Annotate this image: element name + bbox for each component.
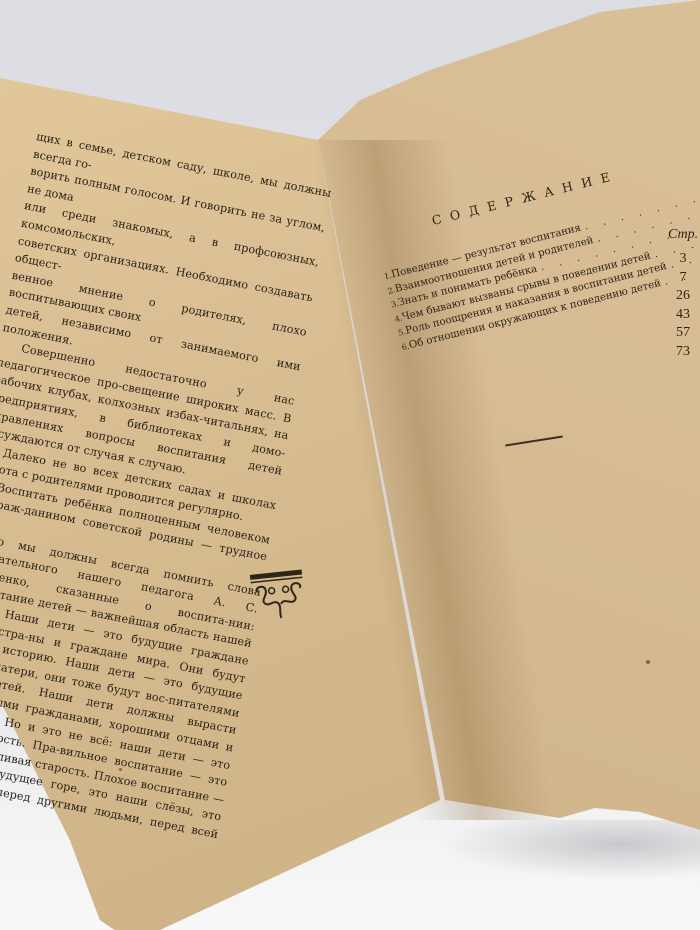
toc-page-number: 26	[668, 287, 698, 306]
toc-page-number: 3	[668, 250, 698, 269]
paper-spot	[119, 768, 122, 771]
toc-page-numbers: Стр. 3 7 26 43 57 73	[668, 250, 698, 361]
decorative-vignette-icon	[247, 565, 310, 623]
toc-page-number: 7	[668, 269, 698, 288]
toc-page-number: 43	[668, 306, 698, 325]
paper-spot	[646, 660, 650, 664]
page-shadow	[440, 820, 700, 880]
toc-page-number: 73	[668, 343, 698, 362]
toc-page-number: 57	[668, 324, 698, 343]
